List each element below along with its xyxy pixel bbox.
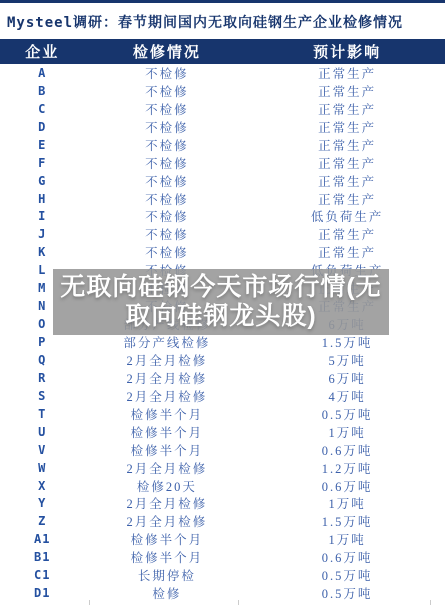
maintenance-cell: 检修半个月: [85, 405, 250, 423]
table-row: T 检修半个月 0.5万吨: [0, 405, 445, 423]
company-cell: T: [0, 407, 85, 421]
table-row: F 不检修 正常生产: [0, 154, 445, 172]
table-row: V 检修半个月 0.6万吨: [0, 441, 445, 459]
impact-cell: 正常生产: [249, 190, 445, 208]
table-row: K 不检修 正常生产: [0, 243, 445, 261]
table-header: 企业 检修情况 预计影响: [0, 39, 445, 64]
impact-cell: 正常生产: [249, 118, 445, 136]
impact-cell: 1万吨: [249, 494, 445, 512]
maintenance-cell: 不检修: [85, 172, 250, 190]
table-row: Q 2月全月检修 5万吨: [0, 351, 445, 369]
report-figure: Mysteel调研：春节期间国内无取向硅钢生产企业检修情况 企业 检修情况 预计…: [0, 0, 445, 605]
company-cell: K: [0, 245, 85, 259]
table-row: J 不检修 正常生产: [0, 225, 445, 243]
company-cell: E: [0, 138, 85, 152]
impact-cell: 4万吨: [249, 387, 445, 405]
maintenance-cell: 检修半个月: [85, 548, 250, 566]
company-cell: U: [0, 425, 85, 439]
table-row: H 不检修 正常生产: [0, 190, 445, 208]
maintenance-cell: 不检修: [85, 207, 250, 225]
maintenance-cell: 不检修: [85, 100, 250, 118]
company-cell: P: [0, 335, 85, 349]
table-row: E 不检修 正常生产: [0, 136, 445, 154]
table-row: U 检修半个月 1万吨: [0, 423, 445, 441]
table-row: B1 检修半个月 0.6万吨: [0, 548, 445, 566]
impact-cell: 6万吨: [249, 369, 445, 387]
maintenance-cell: 检修半个月: [85, 423, 250, 441]
maintenance-cell: 2月全月检修: [85, 387, 250, 405]
company-cell: V: [0, 443, 85, 457]
impact-cell: 正常生产: [249, 225, 445, 243]
watermark-overlay: 无取向硅钢今天市场行情(无取向硅钢龙头股): [53, 269, 389, 335]
maintenance-cell: 检修半个月: [85, 441, 250, 459]
table-row: R 2月全月检修 6万吨: [0, 369, 445, 387]
maintenance-cell: 2月全月检修: [85, 369, 250, 387]
column-header-impact: 预计影响: [249, 41, 445, 62]
impact-cell: 正常生产: [249, 243, 445, 261]
maintenance-cell: 2月全月检修: [85, 351, 250, 369]
company-cell: C1: [0, 568, 85, 582]
impact-cell: 正常生产: [249, 172, 445, 190]
table-row: X 检修20天 0.6万吨: [0, 477, 445, 495]
company-cell: G: [0, 174, 85, 188]
company-cell: C: [0, 102, 85, 116]
table-row: S 2月全月检修 4万吨: [0, 387, 445, 405]
impact-cell: 1万吨: [249, 530, 445, 548]
column-header-company: 企业: [0, 41, 85, 62]
maintenance-cell: 2月全月检修: [85, 494, 250, 512]
maintenance-cell: 不检修: [85, 82, 250, 100]
maintenance-cell: 不检修: [85, 154, 250, 172]
company-cell: B: [0, 84, 85, 98]
company-cell: H: [0, 192, 85, 206]
table-row: Z 2月全月检修 1.5万吨: [0, 512, 445, 530]
impact-cell: 1.5万吨: [249, 333, 445, 351]
company-cell: R: [0, 371, 85, 385]
impact-cell: 1万吨: [249, 423, 445, 441]
table-row: B 不检修 正常生产: [0, 82, 445, 100]
maintenance-cell: 不检修: [85, 64, 250, 82]
company-cell: B1: [0, 550, 85, 564]
company-cell: A: [0, 66, 85, 80]
company-cell: X: [0, 479, 85, 493]
maintenance-cell: 长期停检: [85, 566, 250, 584]
impact-cell: 低负荷生产: [249, 207, 445, 225]
maintenance-cell: 2月全月检修: [85, 459, 250, 477]
impact-cell: 0.5万吨: [249, 405, 445, 423]
impact-cell: 0.6万吨: [249, 441, 445, 459]
impact-cell: 0.6万吨: [249, 477, 445, 495]
table-row: Y 2月全月检修 1万吨: [0, 495, 445, 513]
company-cell: Y: [0, 496, 85, 510]
column-divider-tick: [430, 600, 431, 605]
company-cell: F: [0, 156, 85, 170]
column-header-maintenance: 检修情况: [85, 41, 250, 62]
company-cell: I: [0, 209, 85, 223]
table-row: W 2月全月检修 1.2万吨: [0, 459, 445, 477]
impact-cell: 正常生产: [249, 136, 445, 154]
impact-cell: 正常生产: [249, 82, 445, 100]
table-row: D1 检修 0.5万吨: [0, 584, 445, 602]
company-cell: Q: [0, 353, 85, 367]
impact-cell: 0.5万吨: [249, 584, 445, 602]
column-divider-tick: [89, 600, 90, 605]
impact-cell: 5万吨: [249, 351, 445, 369]
column-divider-tick: [238, 600, 239, 605]
table-row: A 不检修 正常生产: [0, 64, 445, 82]
impact-cell: 正常生产: [249, 100, 445, 118]
maintenance-cell: 检修半个月: [85, 530, 250, 548]
table-row: D 不检修 正常生产: [0, 118, 445, 136]
maintenance-cell: 部分产线检修: [85, 333, 250, 351]
maintenance-cell: 不检修: [85, 225, 250, 243]
impact-cell: 正常生产: [249, 64, 445, 82]
company-cell: D: [0, 120, 85, 134]
maintenance-cell: 不检修: [85, 190, 250, 208]
table-row: C 不检修 正常生产: [0, 100, 445, 118]
company-cell: W: [0, 461, 85, 475]
company-cell: D1: [0, 586, 85, 600]
maintenance-cell: 检修20天: [85, 477, 250, 495]
table-row: A1 检修半个月 1万吨: [0, 530, 445, 548]
company-cell: J: [0, 227, 85, 241]
impact-cell: 1.2万吨: [249, 459, 445, 477]
impact-cell: 正常生产: [249, 154, 445, 172]
table-row: G 不检修 正常生产: [0, 172, 445, 190]
maintenance-cell: 不检修: [85, 136, 250, 154]
company-cell: A1: [0, 532, 85, 546]
table-row: P 部分产线检修 1.5万吨: [0, 333, 445, 351]
maintenance-cell: 2月全月检修: [85, 512, 250, 530]
company-cell: Z: [0, 514, 85, 528]
company-cell: S: [0, 389, 85, 403]
impact-cell: 1.5万吨: [249, 512, 445, 530]
maintenance-cell: 检修: [85, 584, 250, 602]
maintenance-cell: 不检修: [85, 118, 250, 136]
table-row: C1 长期停检 0.5万吨: [0, 566, 445, 584]
page-title: Mysteel调研：春节期间国内无取向硅钢生产企业检修情况: [0, 3, 445, 39]
impact-cell: 0.5万吨: [249, 566, 445, 584]
impact-cell: 0.6万吨: [249, 548, 445, 566]
maintenance-cell: 不检修: [85, 243, 250, 261]
watermark-text: 无取向硅钢今天市场行情(无取向硅钢龙头股): [53, 273, 389, 331]
table-row: I 不检修 低负荷生产: [0, 208, 445, 226]
